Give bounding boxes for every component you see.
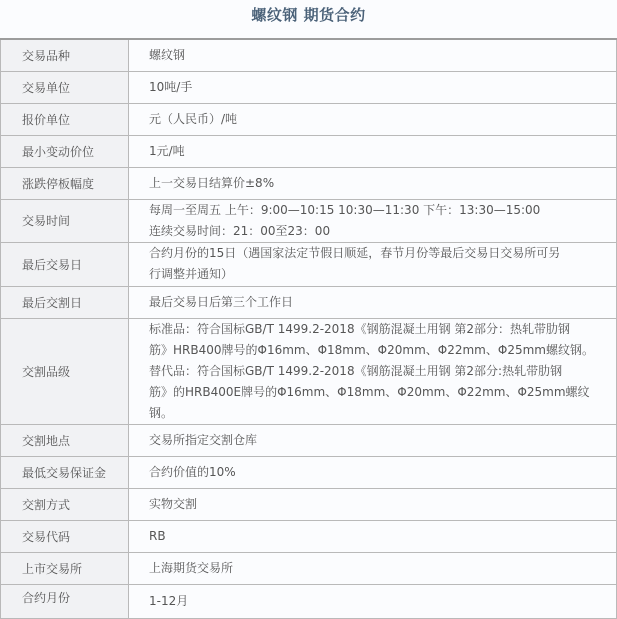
row-label: 最低交易保证金 bbox=[1, 456, 129, 488]
value-line: 筋》的HRB400E牌号的Φ16mm、Φ18mm、Φ20mm、Φ22mm、Φ25… bbox=[149, 382, 596, 403]
row-label: 交割品级 bbox=[1, 318, 129, 424]
value-line: 替代品：符合国标GB/T 1499.2-2018《钢筋混凝土用钢 第2部分:热轧… bbox=[149, 361, 596, 382]
row-value: RB bbox=[129, 520, 617, 552]
table-row: 交易单位 10吨/手 bbox=[1, 71, 617, 103]
value-line: 元（人民币）/吨 bbox=[149, 109, 596, 130]
row-value: 10吨/手 bbox=[129, 71, 617, 103]
table-row: 交割品级 标准品：符合国标GB/T 1499.2-2018《钢筋混凝土用钢 第2… bbox=[1, 318, 617, 424]
value-line: 每周一至周五 上午：9:00—10:15 10:30—11:30 下午：13:3… bbox=[149, 200, 596, 221]
row-label: 上市交易所 bbox=[1, 552, 129, 584]
table-row: 交割方式 实物交割 bbox=[1, 488, 617, 520]
value-line: 1元/吨 bbox=[149, 141, 596, 162]
table-row: 交易时间 每周一至周五 上午：9:00—10:15 10:30—11:30 下午… bbox=[1, 199, 617, 242]
row-value: 元（人民币）/吨 bbox=[129, 103, 617, 135]
table-row: 报价单位 元（人民币）/吨 bbox=[1, 103, 617, 135]
table-row: 最后交易日 合约月份的15日（遇国家法定节假日顺延，春节月份等最后交易日交易所可… bbox=[1, 242, 617, 286]
row-value: 合约价值的10% bbox=[129, 456, 617, 488]
table-row: 最后交割日 最后交易日后第三个工作日 bbox=[1, 286, 617, 318]
table-row: 交易代码 RB bbox=[1, 520, 617, 552]
row-value: 1-12月 bbox=[129, 584, 617, 614]
row-value: 实物交割 bbox=[129, 488, 617, 520]
table-row: 涨跌停板幅度 上一交易日结算价±8% bbox=[1, 167, 617, 199]
contract-spec-table: 交易品种 螺纹钢 交易单位 10吨/手 报价单位 元（人民币）/吨 最小变动价位… bbox=[0, 38, 617, 614]
table-row: 最低交易保证金 合约价值的10% bbox=[1, 456, 617, 488]
value-line: 合约价值的10% bbox=[149, 462, 596, 483]
value-line: 筋》HRB400牌号的Φ16mm、Φ18mm、Φ20mm、Φ22mm、Φ25mm… bbox=[149, 340, 596, 361]
value-line: 1-12月 bbox=[149, 591, 596, 612]
row-label: 最后交易日 bbox=[1, 242, 129, 286]
value-line: 连续交易时间：21：00至23：00 bbox=[149, 221, 596, 242]
value-line: 螺纹钢 bbox=[149, 45, 596, 66]
value-line: 实物交割 bbox=[149, 494, 596, 515]
row-value: 合约月份的15日（遇国家法定节假日顺延，春节月份等最后交易日交易所可另 行调整并… bbox=[129, 242, 617, 286]
row-label: 最小变动价位 bbox=[1, 135, 129, 167]
row-value: 1元/吨 bbox=[129, 135, 617, 167]
row-label: 交割方式 bbox=[1, 488, 129, 520]
row-label: 合约月份 bbox=[1, 584, 129, 614]
value-line: 最后交易日后第三个工作日 bbox=[149, 292, 596, 313]
row-label: 最后交割日 bbox=[1, 286, 129, 318]
page-title: 螺纹钢 期货合约 bbox=[0, 0, 617, 39]
row-label: 交易品种 bbox=[1, 39, 129, 71]
table-row: 最小变动价位 1元/吨 bbox=[1, 135, 617, 167]
row-value: 标准品：符合国标GB/T 1499.2-2018《钢筋混凝土用钢 第2部分：热轧… bbox=[129, 318, 617, 424]
table-row: 上市交易所 上海期货交易所 bbox=[1, 552, 617, 584]
value-line: 行调整并通知） bbox=[149, 264, 596, 285]
row-label: 交易代码 bbox=[1, 520, 129, 552]
table-row: 合约月份 1-12月 bbox=[1, 584, 617, 614]
row-value: 上海期货交易所 bbox=[129, 552, 617, 584]
row-value: 上一交易日结算价±8% bbox=[129, 167, 617, 199]
row-label: 交易单位 bbox=[1, 71, 129, 103]
row-label: 报价单位 bbox=[1, 103, 129, 135]
value-line: 钢。 bbox=[149, 403, 596, 424]
row-label: 交易时间 bbox=[1, 199, 129, 242]
table-row: 交割地点 交易所指定交割仓库 bbox=[1, 424, 617, 456]
row-value: 螺纹钢 bbox=[129, 39, 617, 71]
row-value: 每周一至周五 上午：9:00—10:15 10:30—11:30 下午：13:3… bbox=[129, 199, 617, 242]
value-line: 上一交易日结算价±8% bbox=[149, 173, 596, 194]
value-line: 上海期货交易所 bbox=[149, 558, 596, 579]
row-value: 交易所指定交割仓库 bbox=[129, 424, 617, 456]
value-line: 交易所指定交割仓库 bbox=[149, 430, 596, 451]
row-value: 最后交易日后第三个工作日 bbox=[129, 286, 617, 318]
value-line: 合约月份的15日（遇国家法定节假日顺延，春节月份等最后交易日交易所可另 bbox=[149, 243, 596, 264]
row-label: 交割地点 bbox=[1, 424, 129, 456]
value-line: 10吨/手 bbox=[149, 77, 596, 98]
value-line: 标准品：符合国标GB/T 1499.2-2018《钢筋混凝土用钢 第2部分：热轧… bbox=[149, 319, 596, 340]
value-line: RB bbox=[149, 526, 596, 547]
table-row: 交易品种 螺纹钢 bbox=[1, 39, 617, 71]
row-label: 涨跌停板幅度 bbox=[1, 167, 129, 199]
